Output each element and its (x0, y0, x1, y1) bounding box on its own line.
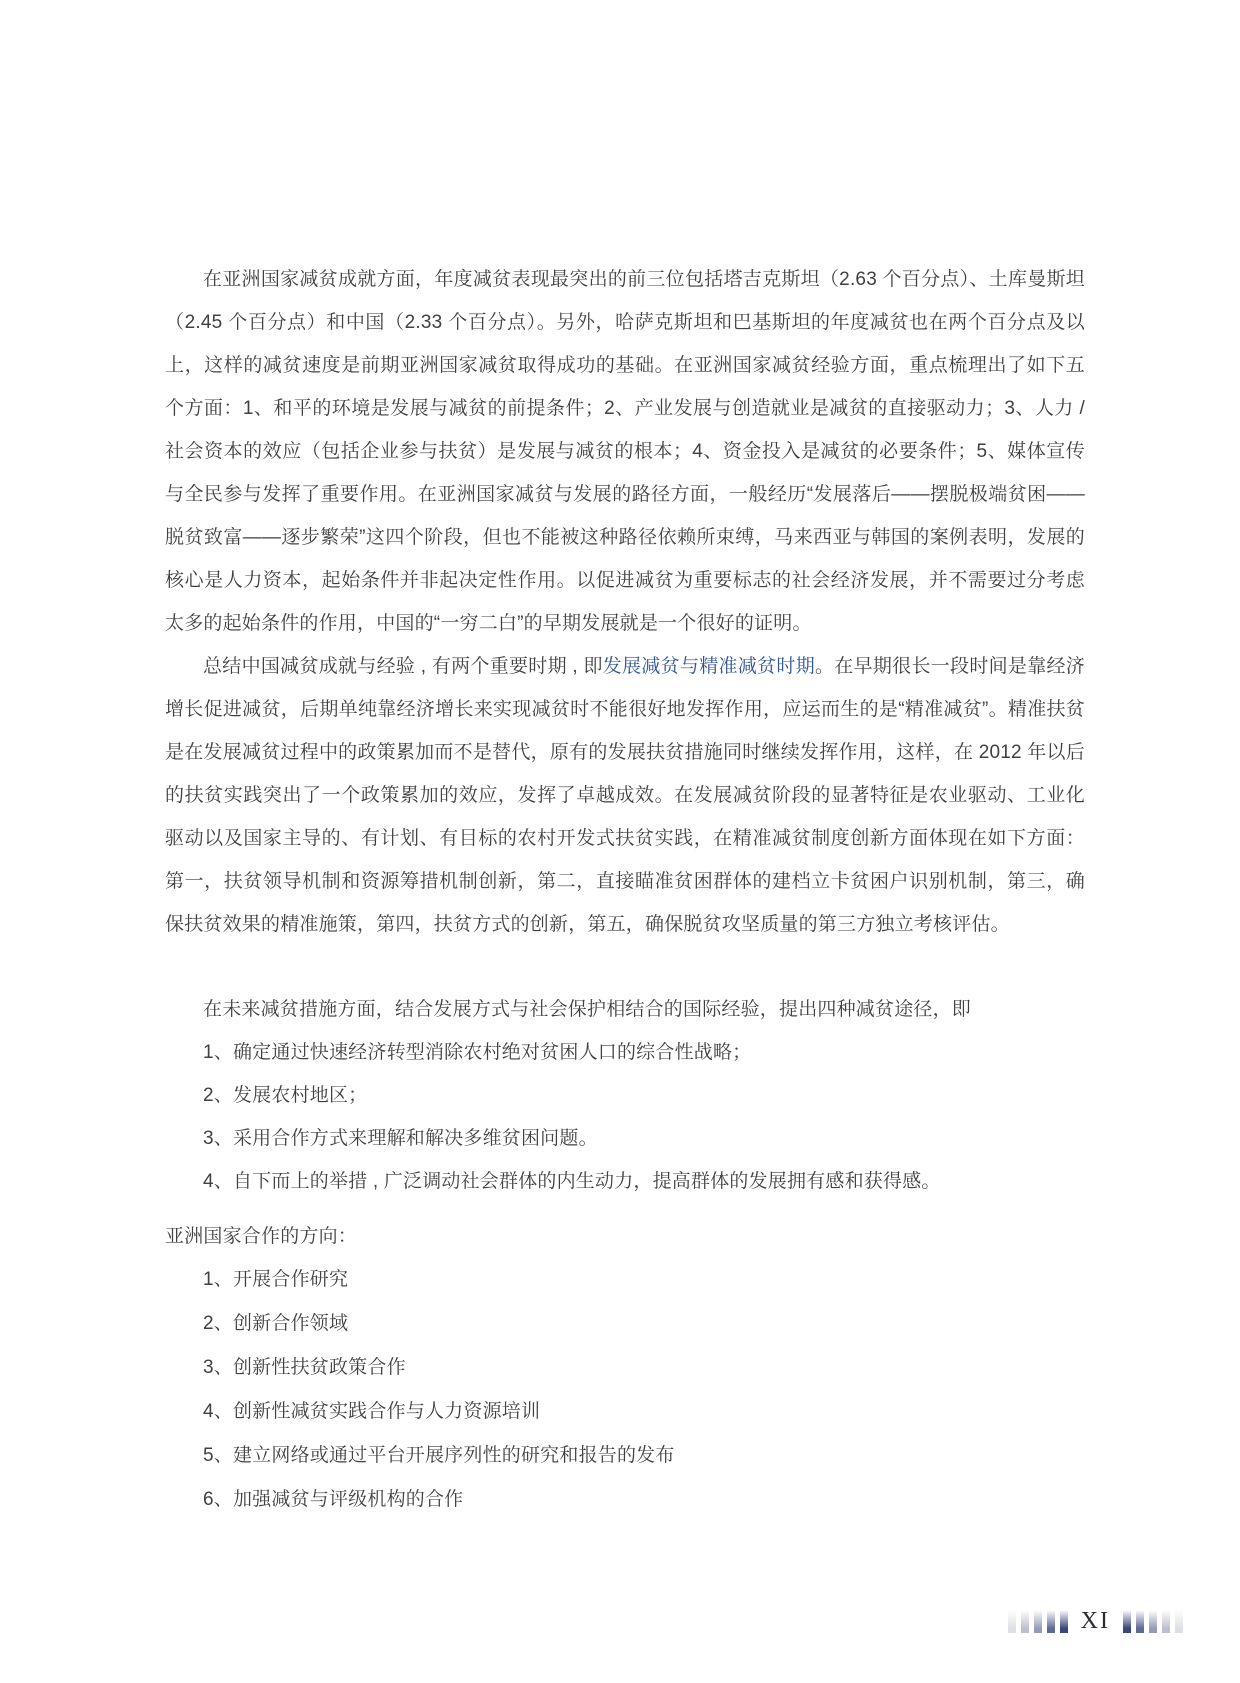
paragraph-china-post: 。在早期很长一段时间是靠经济增长促进减贫，后期单纯靠经济增长来实现减贫时不能很好… (165, 656, 1085, 935)
list-item: 6、加强减贫与评级机构的合作 (203, 1478, 1085, 1522)
list-item: 2、创新合作领域 (203, 1302, 1085, 1346)
footer-bars-right (1123, 1610, 1183, 1633)
body-text: 在亚洲国家减贫成就方面，年度减贫表现最突出的前三位包括塔吉克斯坦（2.63 个百… (165, 258, 1085, 1522)
list-item: 3、采用合作方式来理解和解决多维贫困问题。 (203, 1117, 1085, 1160)
list-item: 2、发展农村地区； (203, 1074, 1085, 1117)
page-number: XI (1081, 1610, 1110, 1633)
list-item: 4、自下而上的举措 , 广泛调动社会群体的内生动力，提高群体的发展拥有感和获得感… (203, 1160, 1085, 1203)
footer-bars-left (1008, 1610, 1068, 1633)
footer-bar (1136, 1610, 1144, 1633)
paragraph-future-measures-intro: 在未来减贫措施方面，结合发展方式与社会保护相结合的国际经验，提出四种减贫途径，即 (165, 988, 1085, 1031)
footer-bar (1162, 1610, 1170, 1633)
paragraph-cooperation-intro: 亚洲国家合作的方向： (165, 1215, 1085, 1258)
list-item: 1、开展合作研究 (203, 1258, 1085, 1302)
list-item: 5、建立网络或通过平台开展序列性的研究和报告的发布 (203, 1434, 1085, 1478)
list-item: 3、创新性扶贫政策合作 (203, 1346, 1085, 1390)
footer-bar (1008, 1610, 1016, 1633)
footer-bar (1175, 1610, 1183, 1633)
future-measures-list: 1、确定通过快速经济转型消除农村绝对贫困人口的综合性战略； 2、发展农村地区； … (165, 1031, 1085, 1203)
document-page: 在亚洲国家减贫成就方面，年度减贫表现最突出的前三位包括塔吉克斯坦（2.63 个百… (0, 0, 1240, 1683)
list-item: 4、创新性减贫实践合作与人力资源培训 (203, 1390, 1085, 1434)
footer-bar (1060, 1610, 1068, 1633)
paragraph-china-pre: 总结中国减贫成就与经验 , 有两个重要时期 , 即 (203, 656, 603, 677)
paragraph-asia-achievements: 在亚洲国家减贫成就方面，年度减贫表现最突出的前三位包括塔吉克斯坦（2.63 个百… (165, 258, 1085, 645)
footer-bar (1034, 1610, 1042, 1633)
cooperation-list: 1、开展合作研究 2、创新合作领域 3、创新性扶贫政策合作 4、创新性减贫实践合… (165, 1258, 1085, 1522)
footer-bar (1123, 1610, 1131, 1633)
list-item: 1、确定通过快速经济转型消除农村绝对贫困人口的综合性战略； (203, 1031, 1085, 1074)
footer-bar (1047, 1610, 1055, 1633)
footer-bar (1021, 1610, 1029, 1633)
highlight-development-targeted-poverty-period: 发展减贫与精准减贫时期 (603, 656, 815, 677)
footer-bar (1149, 1610, 1157, 1633)
paragraph-china-experience: 总结中国减贫成就与经验 , 有两个重要时期 , 即发展减贫与精准减贫时期。在早期… (165, 645, 1085, 946)
page-footer: XI (1008, 1610, 1183, 1633)
